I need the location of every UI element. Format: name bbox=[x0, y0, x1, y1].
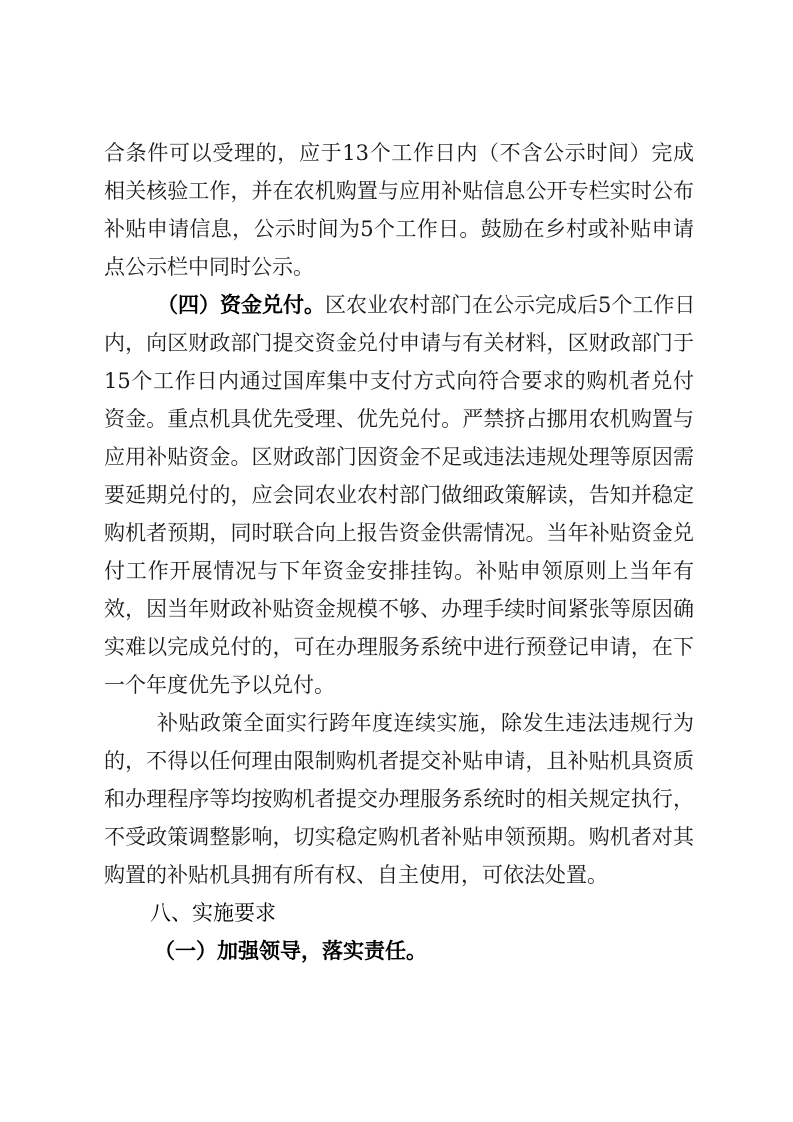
document-page: 合条件可以受理的，应于13个工作日内（不含公示时间）完成 相关核验工作，并在农机… bbox=[0, 0, 793, 1122]
subsection-heading: （一）加强领导，落实责任。 bbox=[104, 932, 694, 970]
text-line: 付工作开展情况与下年资金安排挂钩。补贴申领原则上当年有 bbox=[104, 552, 694, 590]
text-line: 应用补贴资金。区财政部门因资金不足或违法违规处理等原因需 bbox=[104, 438, 694, 476]
paragraph-fund-payment: （四）资金兑付。区农业农村部门在公示完成后5个工作日 内，向区财政部门提交资金兑… bbox=[104, 286, 694, 704]
text-line: 资金。重点机具优先受理、优先兑付。严禁挤占挪用农机购置与 bbox=[104, 400, 694, 438]
text-line: 要延期兑付的，应会同农业农村部门做细政策解读，告知并稳定 bbox=[104, 476, 694, 514]
text-line: 购机者预期，同时联合向上报告资金供需情况。当年补贴资金兑 bbox=[104, 514, 694, 552]
text-line: 相关核验工作，并在农机购置与应用补贴信息公开专栏实时公布 bbox=[104, 172, 694, 210]
text-line: 实难以完成兑付的，可在办理服务系统中进行预登记申请，在下 bbox=[104, 628, 694, 666]
paragraph-cross-year-policy: 补贴政策全面实行跨年度连续实施，除发生违法违规行为 的，不得以任何理由限制购机者… bbox=[104, 704, 694, 894]
text-line: 内，向区财政部门提交资金兑付申请与有关材料，区财政部门于 bbox=[104, 324, 694, 362]
text-line: 和办理程序等均按购机者提交办理服务系统时的相关规定执行， bbox=[104, 780, 694, 818]
text-line: （四）资金兑付。区农业农村部门在公示完成后5个工作日 bbox=[104, 286, 694, 324]
text-line: 的，不得以任何理由限制购机者提交补贴申请，且补贴机具资质 bbox=[104, 742, 694, 780]
text-line: 点公示栏中同时公示。 bbox=[104, 248, 694, 286]
section-heading: 八、实施要求 bbox=[104, 894, 694, 932]
text-line: 15个工作日内通过国库集中支付方式向符合要求的购机者兑付 bbox=[104, 362, 694, 400]
text-line: 不受政策调整影响，切实稳定购机者补贴申领预期。购机者对其 bbox=[104, 818, 694, 856]
text-line: 补贴申请信息，公示时间为5个工作日。鼓励在乡村或补贴申请 bbox=[104, 210, 694, 248]
text-line: 补贴政策全面实行跨年度连续实施，除发生违法违规行为 bbox=[104, 704, 694, 742]
text-run: 区农业农村部门在公示完成后5个工作日 bbox=[325, 293, 694, 317]
document-body: 合条件可以受理的，应于13个工作日内（不含公示时间）完成 相关核验工作，并在农机… bbox=[104, 134, 694, 970]
text-line: 购置的补贴机具拥有所有权、自主使用，可依法处置。 bbox=[104, 856, 694, 894]
text-line: 合条件可以受理的，应于13个工作日内（不含公示时间）完成 bbox=[104, 134, 694, 172]
text-line: 一个年度优先予以兑付。 bbox=[104, 666, 694, 704]
text-line: 效，因当年财政补贴资金规模不够、办理手续时间紧张等原因确 bbox=[104, 590, 694, 628]
paragraph-public-notice: 合条件可以受理的，应于13个工作日内（不含公示时间）完成 相关核验工作，并在农机… bbox=[104, 134, 694, 286]
paragraph-lead-heading: （四）资金兑付。 bbox=[157, 292, 325, 317]
